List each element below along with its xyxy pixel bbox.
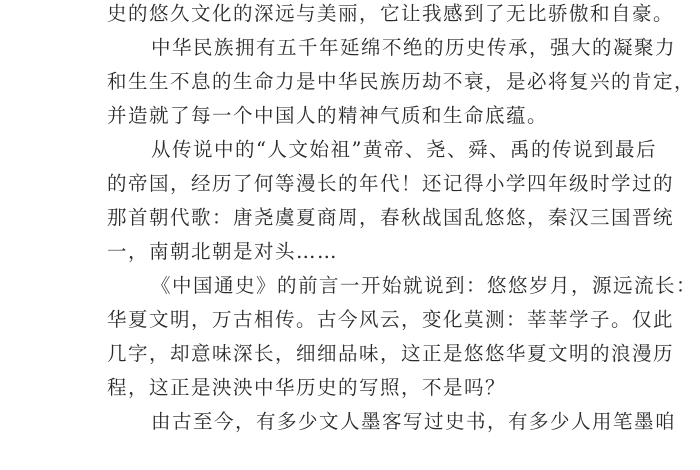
- document-page: 史的悠久文化的深远与美丽，它让我感到了无比骄傲和自豪。 中华民族拥有五千年延绵不…: [0, 0, 700, 470]
- text-line: 的帝国，经历了何等漫长的年代！还记得小学四年级时学过的: [107, 167, 593, 201]
- text-line: 华夏文明，万古相传。古今风云，变化莫测：莘莘学子。仅此: [107, 303, 593, 337]
- text-line: 一，南朝北朝是对头……: [107, 235, 593, 269]
- text-line: 程，这正是泱泱中华历史的写照，不是吗？: [107, 371, 593, 405]
- paragraph-start-line: 《中国通史》的前言一开始就说到：悠悠岁月，源远流长：: [107, 269, 593, 303]
- paragraph-start-line: 由古至今，有多少文人墨客写过史书，有多少人用笔墨咱: [107, 405, 593, 439]
- text-line: 和生生不息的生命力是中华民族历劫不衰，是必将复兴的肯定，: [107, 65, 593, 99]
- document-body-text: 史的悠久文化的深远与美丽，它让我感到了无比骄傲和自豪。 中华民族拥有五千年延绵不…: [107, 0, 593, 439]
- text-line: 史的悠久文化的深远与美丽，它让我感到了无比骄傲和自豪。: [107, 0, 593, 31]
- text-line: 并造就了每一个中国人的精神气质和生命底蕴。: [107, 99, 593, 133]
- text-line: 几字，却意味深长，细细品味，这正是悠悠华夏文明的浪漫历: [107, 337, 593, 371]
- paragraph-start-line: 中华民族拥有五千年延绵不绝的历史传承，强大的凝聚力: [107, 31, 593, 65]
- text-line: 那首朝代歌：唐尧虞夏商周，春秋战国乱悠悠，秦汉三国晋统: [107, 201, 593, 235]
- paragraph-start-line: 从传说中的“人文始祖”黄帝、尧、舜、禹的传说到最后: [107, 133, 593, 167]
